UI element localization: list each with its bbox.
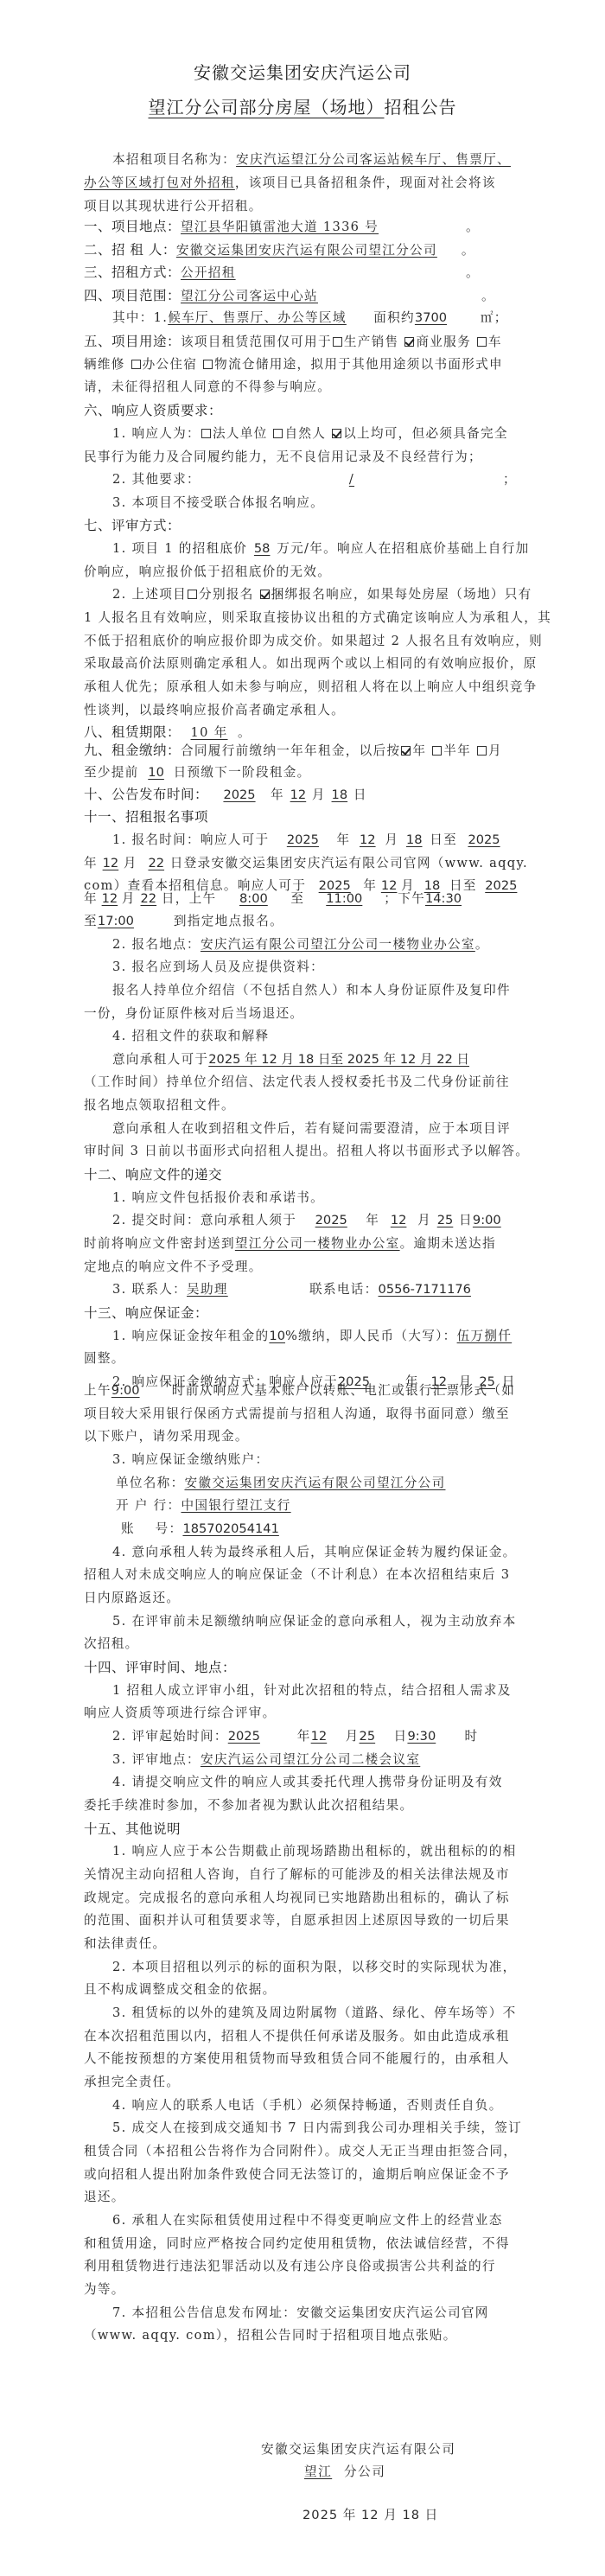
deposit-percent: 10 (269, 1328, 285, 1345)
review-4-line2: 委托手续准时参加，不参加者视为默认此次招租结果。 (84, 1797, 529, 1814)
punct: 。 (466, 265, 480, 280)
checkbox-half-year[interactable] (432, 746, 442, 756)
note-line: 利用租赁物进行违法犯罪活动以及有违公序良俗或损害公共利益的行 (84, 2258, 529, 2275)
checkbox-monthly[interactable] (477, 746, 487, 756)
intro-prefix: 本招租项目名称为： (112, 152, 236, 167)
advance-days-value: 10 (139, 764, 174, 781)
note-line: 在本次招租范围以内，招租人不提供任何承诺及服务。如由此造成承租 (84, 2028, 529, 2045)
registration-time-1: 1. 报名时间：响应人可于 2025 年 12 月 18 日至 2025 (112, 832, 529, 849)
unit: 月 (417, 1213, 431, 1227)
usage-text: 该项目租赁范围仅可用于 (181, 335, 332, 349)
note-line: 承担完全责任。 (84, 2074, 529, 2091)
clarification-line2: 审时间 3 日前以书面形式向招租人提出。招租人将以书面形式予以解答。 (84, 1143, 529, 1160)
acquisition-line2: （工作时间）持单位介绍信、法定代表人授权委托书及二代身份证前往 (84, 1074, 529, 1091)
phone-label: 联系电话： (309, 1282, 378, 1297)
registration-time-5: 至 17:00 到指定地点报名。 (84, 913, 529, 930)
checkbox-legal-entity[interactable] (201, 429, 211, 438)
note-line: 退还。 (84, 2189, 529, 2206)
reg-text: ；下午 (384, 891, 425, 906)
submission-1: 1. 响应文件包括报价表和承诺书。 (112, 1189, 529, 1207)
unit: 日 (459, 1213, 473, 1227)
unit: 月 (122, 891, 136, 906)
review-start-time: 2. 评审起始时间： 2025 年 12 月 25 日 9:30 时 (112, 1728, 529, 1745)
note-line: 3. 租赁标的以外的建筑及周边附属物（道路、绿化、停车场等）不 (112, 2005, 529, 2022)
deposit-1-cont: 圆整。 (84, 1350, 529, 1368)
scope-item-1: 其中：1. 候车厅、售票厅、办公等区域 面积约 3700 ㎡； (112, 309, 529, 327)
punct: 。 (238, 725, 252, 740)
intro-line3: 项目以其现状进行公开招租。 (84, 198, 529, 215)
checkbox-vehicle-repair[interactable] (477, 337, 487, 347)
note-line: 6. 承租人在实际租赁使用过程中不得变更响应文件上的经营业态 (112, 2212, 529, 2229)
submission-month: 12 (379, 1212, 417, 1229)
qualification-1: 1. 响应人为：法人单位 自然人 以上均可，但必须具备完全 (112, 425, 529, 443)
rent-payment-cont: 至少提前 10 日预缴下一阶段租金。 (84, 764, 529, 781)
checkbox-label: 分别报名 (199, 587, 254, 602)
acquisition-line3: 报名地点领取招租文件。 (84, 1097, 529, 1114)
account-name-label: 单位名称： (116, 1476, 184, 1490)
section-7-heading: 七、评审方式： (84, 517, 529, 534)
q1-prefix: 1. 响应人为： (112, 426, 201, 441)
publish-year: 2025 (208, 787, 271, 804)
submission-line3: 定地点的响应文件不予受理。 (84, 1259, 529, 1276)
unit: 日 (353, 787, 367, 802)
note-line: 且不构成调整成交租金的依据。 (84, 1981, 529, 1999)
section-10-publish-date: 十、公告发布时间： 2025 年 12 月 18 日 (84, 786, 529, 804)
punct: 。 (475, 937, 489, 952)
checkbox-label: 物流仓储用途，拟用于其他用途须以书面形式申 (214, 357, 503, 372)
location-value: 望江县华阳镇雷池大道 1336 号 (181, 219, 466, 236)
checkbox-commercial-service[interactable] (404, 337, 414, 347)
checkbox-label: 办公住宿 (143, 357, 198, 372)
account-name-value: 安徽交运集团安庆汽运有限公司望江分公司 (184, 1475, 445, 1492)
contact-label: 3. 联系人： (112, 1282, 187, 1297)
project-name: 安庆汽运望江分公司客运站候车厅、售票厅、 (236, 151, 511, 169)
section-heading: 一、项目地点： (84, 219, 181, 234)
review-place-label: 3. 评审地点： (112, 1752, 201, 1767)
reg-end-month: 12 (98, 855, 124, 872)
unit: 月 (346, 1729, 360, 1744)
pm-end-time: 17:00 (98, 913, 174, 930)
unit: 月 (124, 856, 137, 870)
announcement-page: 安徽交运集团安庆汽运公司 望江分公司部分房屋（场地）招租公告 本招租项目名称为：… (0, 0, 605, 2576)
deposit-2-line3: 项目较大采用银行保函方式需提前与招租人沟通，取得书面同意）缴至 (84, 1406, 529, 1423)
sub-text: 2. 提交时间：意向承租人须于 (112, 1213, 296, 1227)
area-unit: ㎡； (481, 310, 508, 325)
unit: 年 (271, 787, 284, 802)
place-label: 2. 报名地点： (112, 937, 201, 952)
evaluation-2: 2. 上述项目分别报名 捆绑报名响应，如果每处房屋（场地）只有 (112, 586, 529, 603)
unit: 月 (312, 787, 326, 802)
reserve-price-value: 58 (247, 540, 277, 558)
checkbox-label: 法人单位 (213, 426, 268, 441)
section-11-heading: 十一、招租报名事项 (84, 808, 529, 826)
unit: 至 (84, 914, 98, 928)
clarification-line1: 意向承租人在收到招租文件后，若有疑问需要澄清，应于本项目评 (112, 1120, 529, 1138)
review-month: 12 (311, 1728, 346, 1745)
section-4-scope: 四、项目范围： 望江分公司客运中心站。 (84, 287, 529, 305)
checkbox-label: 捆绑报名响应，如果每处房屋（场地）只有 (271, 587, 532, 602)
section-2-lessor: 二、招 租 人： 安徽交运集团安庆汽运有限公司望江分公司。 (84, 241, 529, 259)
method-value: 公开招租 (181, 265, 466, 282)
unit: 至 (290, 891, 304, 906)
review-4-line1: 4. 请提交响应文件的响应人或其委托代理人携带身份证明及有效 (112, 1774, 529, 1791)
lessor-value: 安徽交运集团安庆汽运有限公司望江分公司 (176, 242, 462, 259)
section-heading: 九、租金缴纳： (84, 743, 181, 758)
deposit-4-line3: 日内原路返还。 (84, 1590, 529, 1607)
unit: 年 (84, 856, 98, 870)
section-heading: 五、项目用途： (84, 334, 181, 349)
note-line: 和法律责任。 (84, 1935, 529, 1953)
checkbox-label: 年 (412, 743, 426, 758)
note-line: 人不能按预想的方案使用租赁物而导致租赁合同不能履行的，由承租人 (84, 2050, 529, 2068)
section-13-heading: 十三、响应保证金： (84, 1304, 529, 1322)
reg-text: 到指定地点报名。 (174, 914, 283, 928)
evaluation-1: 1. 项目 1 的招租底价 58 万元/年。响应人在招租底价基础上自行加 (112, 540, 529, 558)
area-label: 面积约 (373, 310, 415, 325)
registration-time-4: 年 12 月 22 日，上午 8:00 至 11:00 ；下午 14:30 (84, 890, 529, 908)
lease-term-value: 10 年 (181, 724, 238, 742)
punct: 。 (466, 220, 480, 234)
deposit-time: 9:00 (111, 1382, 172, 1400)
note-line: 2. 本项目招租以列示的标的面积为限，以移交时的实际现状为准， (112, 1959, 529, 1976)
review-time: 9:30 (407, 1728, 464, 1745)
registration-materials-text: 一份，身份证原件核对后当场退还。 (84, 1005, 529, 1023)
review-day: 25 (360, 1728, 394, 1745)
sub-text: 。逾期未送达指 (400, 1236, 496, 1251)
note-line: 租赁合同（本招租公告将作为合同附件）。成交人无正当理由拒签合同， (84, 2143, 529, 2160)
section-heading: 四、项目范围： (84, 288, 181, 303)
note-line: 1. 响应人应于本公告期截止前现场踏勘出租标的，就出租标的的相 (112, 1843, 529, 1860)
checkbox-bundled-registration[interactable] (260, 590, 270, 599)
title-rest: 招租公告 (385, 97, 457, 118)
qualification-2: 2. 其他要求：/； (112, 471, 529, 488)
dep-text: %缴纳，即人民币（大写）： (285, 1329, 457, 1343)
punct: 。 (481, 289, 495, 303)
reg-start-year: 2025 (269, 832, 336, 849)
am-end-time: 11:00 (304, 890, 384, 908)
checkbox-production-sales[interactable] (333, 337, 342, 347)
checkbox-natural-person[interactable] (273, 429, 283, 438)
deposit-5-line1: 5. 在评审前未足额缴纳响应保证金的意向承租人，视为主动放弃本 (112, 1613, 529, 1630)
section-9-rent-payment: 九、租金缴纳：合同履行前缴纳一年年租金，以后按年 半年 月 (84, 742, 529, 760)
note-line: 5. 成交人在接到成交通知书 7 日内需到我公司办理相关手续，签订 (112, 2120, 529, 2137)
unit: 年 (336, 832, 350, 847)
review-place-value: 安庆汽运公司望江分公司二楼会议室 (201, 1751, 420, 1769)
q2-label: 2. 其他要求： (112, 472, 201, 487)
rent-text: 日预缴下一阶段租金。 (174, 765, 311, 780)
section-heading: 八、租赁期限： (84, 724, 181, 740)
unit: 时 (464, 1729, 478, 1744)
item-prefix: 其中：1. (112, 310, 168, 325)
checkbox-yearly[interactable] (401, 746, 411, 756)
note-line: 7. 本招租公告信息发布网址：安徽交运集团安庆汽运公司官网 (112, 2305, 529, 2322)
reg-text: 1. 报名时间：响应人可于 (112, 832, 269, 847)
deposit-amount: 伍万捌仟 (457, 1328, 513, 1345)
reg-end-year: 2025 (457, 832, 511, 849)
note-line: 或向招租人提出附加条件致使合同无法签订的，逾期后响应保证金不予 (84, 2166, 529, 2184)
onsite-end-month: 12 (98, 890, 122, 908)
registration-materials-text: 报名人持单位介绍信（不包括自然人）和本人身份证原件及复印件 (112, 982, 529, 999)
other-requirements-value: / (201, 471, 503, 488)
registration-place: 2. 报名地点： 安庆汽运有限公司望江分公司一楼物业办公室。 (112, 936, 529, 953)
dep-text: 时前从响应人基本账户以转账、电汇或银行汇票形式（如 (172, 1383, 515, 1398)
account-name-line: 单位名称： 安徽交运集团安庆汽运有限公司望江分公司 (116, 1475, 561, 1492)
checkbox-label: 自然人 (284, 426, 326, 441)
unit: 年 (366, 1213, 379, 1227)
section-14-heading: 十四、评审时间、地点： (84, 1659, 529, 1676)
qualification-1-cont: 民事行为能力及合同履约能力，无不良信用记录及不良经营行为； (84, 449, 529, 466)
deposit-5-line2: 次招租。 (84, 1636, 529, 1653)
section-heading: 三、招租方式： (84, 265, 181, 280)
section-heading: 十、公告发布时间： (84, 787, 208, 802)
review-1-line1: 1 招租人成立评审小组，针对此次招租的特点，结合招租人需求及 (112, 1682, 529, 1699)
note-line: 关情况主动向招租人咨询，自行了解标的可能涉及的相关法律法规及市 (84, 1866, 529, 1884)
section-3-method: 三、招租方式： 公开招租。 (84, 264, 529, 282)
submission-year: 2025 (296, 1212, 366, 1229)
section-5-usage: 五、项目用途：该项目租赁范围仅可用于生产销售 商业服务 车 (84, 333, 529, 351)
signature-branch: 望江 分公司 (304, 2462, 385, 2480)
reg-start-month: 12 (350, 832, 385, 849)
review-place: 3. 评审地点：安庆汽运公司望江分公司二楼会议室 (112, 1751, 529, 1769)
deposit-1: 1. 响应保证金按年租金的10%缴纳，即人民币（大写）： 伍万捌仟 (112, 1328, 529, 1345)
intro-suffix: ，该项目已具备招租条件，现面对社会将该 (235, 175, 496, 190)
am-start-time: 8:00 (216, 890, 290, 908)
evaluation-2-line: 1 人报名且有效响应，则采取直接协议出租的方式确定该响应人为承租人，其 (84, 609, 529, 627)
project-name-cont: 办公等区域打包对外招租 (84, 175, 235, 192)
branch-suffix: 分公司 (344, 2464, 385, 2479)
reg-start-day: 18 (398, 832, 430, 849)
reg-end-day: 22 (143, 855, 170, 872)
bank-value: 中国银行望江支行 (181, 1497, 333, 1514)
usage-line2: 辆维修 办公住宿 物流仓储用途，拟用于其他用途须以书面形式申 (84, 356, 529, 373)
reg-text: 日，上午 (162, 891, 217, 906)
unit: 日 (394, 1729, 408, 1744)
onsite-end-day: 22 (136, 890, 162, 908)
evaluation-2-line: 采取最高价法原则确定承租人。如出现两个或以上相同的有效响应报价，原 (84, 655, 529, 673)
publish-month: 12 (284, 787, 312, 804)
note-line: 为等。 (84, 2281, 529, 2299)
checkbox-label: 以上均可，但必须具备完全 (343, 426, 508, 441)
eval2-text: 2. 上述项目 (112, 587, 187, 602)
evaluation-2-line: 承租人优先；原承租人如未参与响应，则招租人将在以上响应人中组织竞争 (84, 679, 529, 696)
dep-text: 上午 (84, 1383, 111, 1398)
checkbox-office-housing[interactable] (131, 360, 141, 369)
account-number-line: 账 号：185702054141 (121, 1521, 566, 1538)
bank-line: 开 户 行： 中国银行望江支行 (116, 1497, 561, 1514)
submission-day: 25 (431, 1212, 459, 1229)
sub-text: 时前将响应文件密封送到 (84, 1236, 235, 1251)
submission-time-value: 9:00 (473, 1212, 507, 1229)
section-8-lease-term: 八、租赁期限： 10 年 。 (84, 724, 529, 742)
unit: 年 (297, 1729, 311, 1744)
usage-text: 辆维修 (84, 357, 125, 372)
checkbox-label: 月 (488, 743, 502, 758)
note-line: 和租赁用途，同时应严格按合同约定使用租赁物，依法诚信经营，不得 (84, 2235, 529, 2253)
usage-line3: 请，未征得招租人同意的不得参与响应。 (84, 379, 529, 396)
checkbox-label: 商业服务 (416, 335, 471, 349)
section-15-heading: 十五、其他说明 (84, 1820, 529, 1838)
registration-time-2: 年 12 月 22 日登录安徽交运集团安庆汽运有限公司官网（www. aqqy. (84, 855, 529, 872)
rent-text: 至少提前 (84, 765, 139, 780)
deposit-2-line2: 上午 9:00 时前从响应人基本账户以转账、电汇或银行汇票形式（如 (84, 1382, 529, 1400)
checkbox-logistics[interactable] (203, 360, 213, 369)
reg-text: 日登录安徽交运集团安庆汽运有限公司官网（www. aqqy. (170, 856, 528, 870)
note-line: 政规定。完成报名的意向承租人均视同已实地踏勘出租标的，确认了标 (84, 1890, 529, 1907)
review-1-line2: 响应人资质等项进行综合评审。 (84, 1705, 529, 1722)
section-1-location: 一、项目地点：望江县华阳镇雷池大道 1336 号。 (84, 218, 529, 236)
rent-text: 合同履行前缴纳一年年租金，以后按 (181, 743, 400, 758)
evaluation-2-line: 不低于招租底价的响应报价即为成交价。如果超过 2 人报名且有效响应，则 (84, 633, 529, 650)
intro-line2: 办公等区域打包对外招租 ，该项目已具备招租条件，现面对社会将该 (84, 175, 529, 192)
qualification-3: 3. 本项目不接受联合体报名响应。 (112, 494, 529, 512)
signature-company: 安徽交运集团安庆汽运有限公司 (261, 2439, 455, 2458)
account-number-label: 账 号： (121, 1521, 182, 1536)
eval1-text: 1. 项目 1 的招租底价 (112, 541, 247, 556)
evaluation-1-cont: 价响应，响应报价低于招租底价的无效。 (84, 564, 529, 581)
deposit-2-line4: 以下账户，请勿采用现金。 (84, 1428, 529, 1445)
checkbox-separate-registration[interactable] (188, 590, 197, 599)
dep-text: 1. 响应保证金按年租金的 (112, 1329, 269, 1343)
contact-name: 吴助理 (187, 1281, 289, 1298)
checkbox-label: 车 (488, 335, 502, 349)
contact-line: 3. 联系人： 吴助理 联系电话： 0556-7171176 (112, 1281, 529, 1298)
deposit-4-line2: 招租人对未成交响应人的响应保证金（不计利息）在本次招租结束后 3 (84, 1566, 529, 1584)
contact-phone: 0556-7171176 (379, 1281, 508, 1298)
registration-materials: 3. 报名应到场人员及应提供资料： (112, 959, 529, 976)
unit: 年 (84, 891, 98, 906)
document-title-line1: 安徽交运集团安庆汽运公司 (0, 59, 605, 84)
section-12-heading: 十二、响应文件的递交 (84, 1166, 529, 1183)
review-year: 2025 (228, 1728, 297, 1745)
deposit-3: 3. 响应保证金缴纳账户： (112, 1451, 529, 1469)
evaluation-2-line: 性谈判，以最终响应报价高者确定承租人。 (84, 702, 529, 719)
acq-text: 意向承租人可于 (112, 1052, 208, 1067)
unit: 日至 (430, 832, 457, 847)
signature-date: 2025 年 12 月 18 日 (302, 2505, 438, 2523)
punct: ； (503, 472, 517, 487)
registration-place-value: 安庆汽运有限公司望江分公司一楼物业办公室 (201, 936, 475, 953)
section-heading: 二、招 租 人： (84, 242, 176, 258)
item-value: 候车厅、售票厅、办公等区域 (168, 309, 373, 327)
bank-label: 开 户 行： (116, 1498, 181, 1513)
note-line: 4. 响应人的联系人电话（手机）必须保持畅通，否则责任自负。 (112, 2097, 529, 2114)
section-6-heading: 六、响应人资质要求： (84, 402, 529, 419)
pm-start-time: 14:30 (425, 890, 487, 908)
eval1-text: 万元/年。响应人在招租底价基础上自行加 (277, 541, 529, 556)
branch-name: 望江 (304, 2462, 344, 2480)
punct: 。 (462, 243, 475, 258)
review-text: 2. 评审起始时间： (112, 1729, 228, 1744)
unit: 月 (385, 832, 398, 847)
intro-line1: 本招租项目名称为： 安庆汽运望江分公司客运站候车厅、售票厅、 (112, 151, 529, 169)
deposit-4-line1: 4. 意向承租人转为最终承租人后，其响应保证金转为履约保证金。 (112, 1544, 529, 1561)
publish-day: 18 (326, 787, 353, 804)
acquisition-date-range: 2025 年 12 月 18 日至 2025 年 12 月 22 日 (208, 1051, 485, 1068)
note-line: （www. aqqy. com），招租公告同时于招租项目地点张贴。 (84, 2327, 529, 2344)
submission-place: 时前将响应文件密封送到 望江分公司一楼物业办公室。逾期未送达指 (84, 1235, 529, 1253)
checkbox-either[interactable] (332, 429, 341, 438)
submission-place-value: 望江分公司一楼物业办公室 (235, 1235, 400, 1253)
acquisition-line1: 意向承租人可于 2025 年 12 月 18 日至 2025 年 12 月 22… (112, 1051, 529, 1068)
note-line: 的范围、面积并认可租赁要求等，自愿承担因上述原因导致的一切后果 (84, 1912, 529, 1929)
document-title-line2: 望江分公司部分房屋（场地）招租公告 (0, 93, 605, 118)
checkbox-label: 半年 (443, 743, 471, 758)
document-acquisition: 4. 招租文件的获取和解释 (112, 1028, 529, 1045)
area-value: 3700 (415, 309, 481, 327)
account-number-value: 185702054141 (182, 1521, 328, 1538)
submission-time: 2. 提交时间：意向承租人须于 2025 年 12 月 25 日 9:00 (112, 1212, 529, 1229)
title-underlined-part: 望江分公司部分房屋（场地） (149, 97, 385, 118)
checkbox-label: 生产销售 (344, 335, 399, 349)
scope-value: 望江分公司客运中心站 (181, 288, 481, 305)
